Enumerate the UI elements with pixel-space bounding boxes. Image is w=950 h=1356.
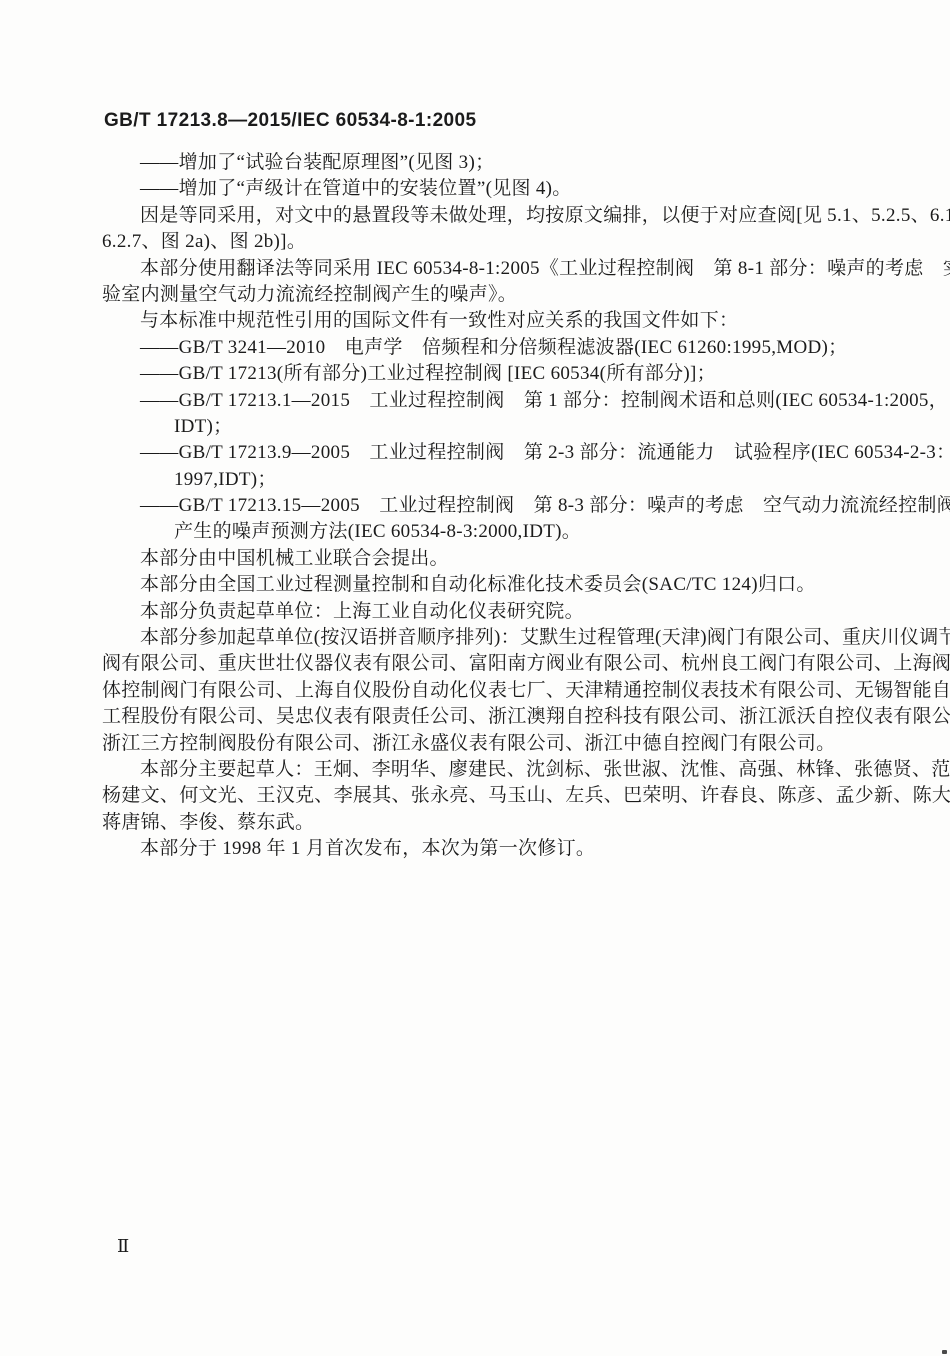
document-line: ——GB/T 3241—2010 电声学 倍频程和分倍频程滤波器(IEC 612… (102, 335, 892, 361)
document-line: 体控制阀门有限公司、上海自仪股份自动化仪表七厂、天津精通控制仪表技术有限公司、无… (102, 678, 892, 704)
document-line: 阀有限公司、重庆世壮仪器仪表有限公司、富阳南方阀业有限公司、杭州良工阀门有限公司… (102, 651, 892, 677)
scanned-standard-page: GB/T 17213.8—2015/IEC 60534-8-1:2005 ——增… (0, 0, 950, 1356)
document-line: ——增加了“声级计在管道中的安装位置”(见图 4)。 (102, 176, 892, 202)
foreword-text-block: ——增加了“试验台装配原理图”(见图 3)； ——增加了“声级计在管道中的安装位… (102, 150, 892, 863)
document-line: 浙江三方控制阀股份有限公司、浙江永盛仪表有限公司、浙江中德自控阀门有限公司。 (102, 731, 892, 757)
document-line: ——GB/T 17213.9—2005 工业过程控制阀 第 2-3 部分：流通能… (102, 440, 892, 466)
standard-number-header: GB/T 17213.8—2015/IEC 60534-8-1:2005 (104, 110, 476, 132)
document-line: ——GB/T 17213.1—2015 工业过程控制阀 第 1 部分：控制阀术语… (102, 388, 892, 414)
document-line: 工程股份有限公司、吴忠仪表有限责任公司、浙江澳翔自控科技有限公司、浙江派沃自控仪… (102, 704, 892, 730)
document-line: 本部分参加起草单位(按汉语拼音顺序排列)：艾默生过程管理(天津)阀门有限公司、重… (102, 625, 892, 651)
document-line: ——GB/T 17213(所有部分)工业过程控制阀 [IEC 60534(所有部… (102, 361, 892, 387)
document-line: 本部分由中国机械工业联合会提出。 (102, 546, 892, 572)
document-line: 本部分主要起草人：王炯、李明华、廖建民、沈剑标、张世淑、沈惟、高强、林锋、张德贤… (102, 757, 892, 783)
document-line: 杨建文、何文光、王汉克、李展其、张永亮、马玉山、左兵、巴荣明、许春良、陈彦、孟少… (102, 783, 892, 809)
document-line: 本部分于 1998 年 1 月首次发布，本次为第一次修订。 (102, 836, 892, 862)
document-line: 因是等同采用，对文中的悬置段等未做处理，均按原文编排，以便于对应查阅[见 5.1… (102, 203, 892, 229)
document-line: 6.2.7、图 2a)、图 2b)]。 (102, 229, 892, 255)
document-line: 验室内测量空气动力流流经控制阀产生的噪声》。 (102, 282, 892, 308)
document-line: IDT)； (102, 414, 892, 440)
document-line: 本部分负责起草单位：上海工业自动化仪表研究院。 (102, 599, 892, 625)
document-line: ——GB/T 17213.15—2005 工业过程控制阀 第 8-3 部分：噪声… (102, 493, 892, 519)
document-line: 本部分使用翻译法等同采用 IEC 60534-8-1:2005《工业过程控制阀 … (102, 256, 892, 282)
document-line: ——增加了“试验台装配原理图”(见图 3)； (102, 150, 892, 176)
document-line: 蒋唐锦、李俊、蔡东武。 (102, 810, 892, 836)
document-line: 产生的噪声预测方法(IEC 60534-8-3:2000,IDT)。 (102, 519, 892, 545)
document-line: 与本标准中规范性引用的国际文件有一致性对应关系的我国文件如下： (102, 308, 892, 334)
document-line: 1997,IDT)； (102, 467, 892, 493)
page-number: Ⅱ (117, 1236, 130, 1257)
document-line: 本部分由全国工业过程测量控制和自动化标准化技术委员会(SAC/TC 124)归口… (102, 572, 892, 598)
scan-artifact (942, 1350, 947, 1354)
